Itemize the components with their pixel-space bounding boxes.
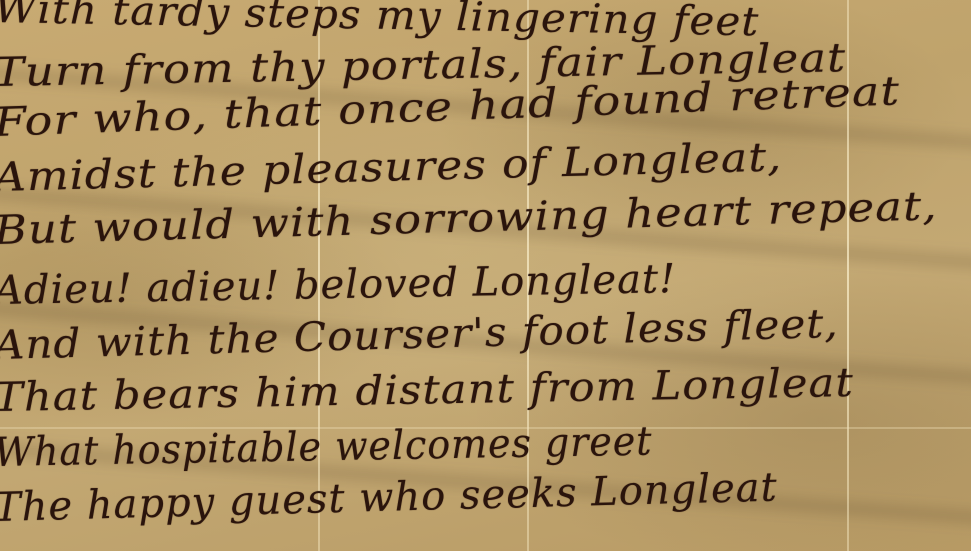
poem-line: That bears him distant from Longleat [0, 360, 854, 421]
handwritten-poem: With tardy steps my lingering feet Turn … [0, 0, 971, 551]
poem-line: Adieu! adieu! beloved Longleat! [0, 256, 677, 314]
poem-line: The happy guest who seeks Longleat [0, 464, 778, 531]
poem-line: What hospitable welcomes greet [0, 419, 653, 476]
